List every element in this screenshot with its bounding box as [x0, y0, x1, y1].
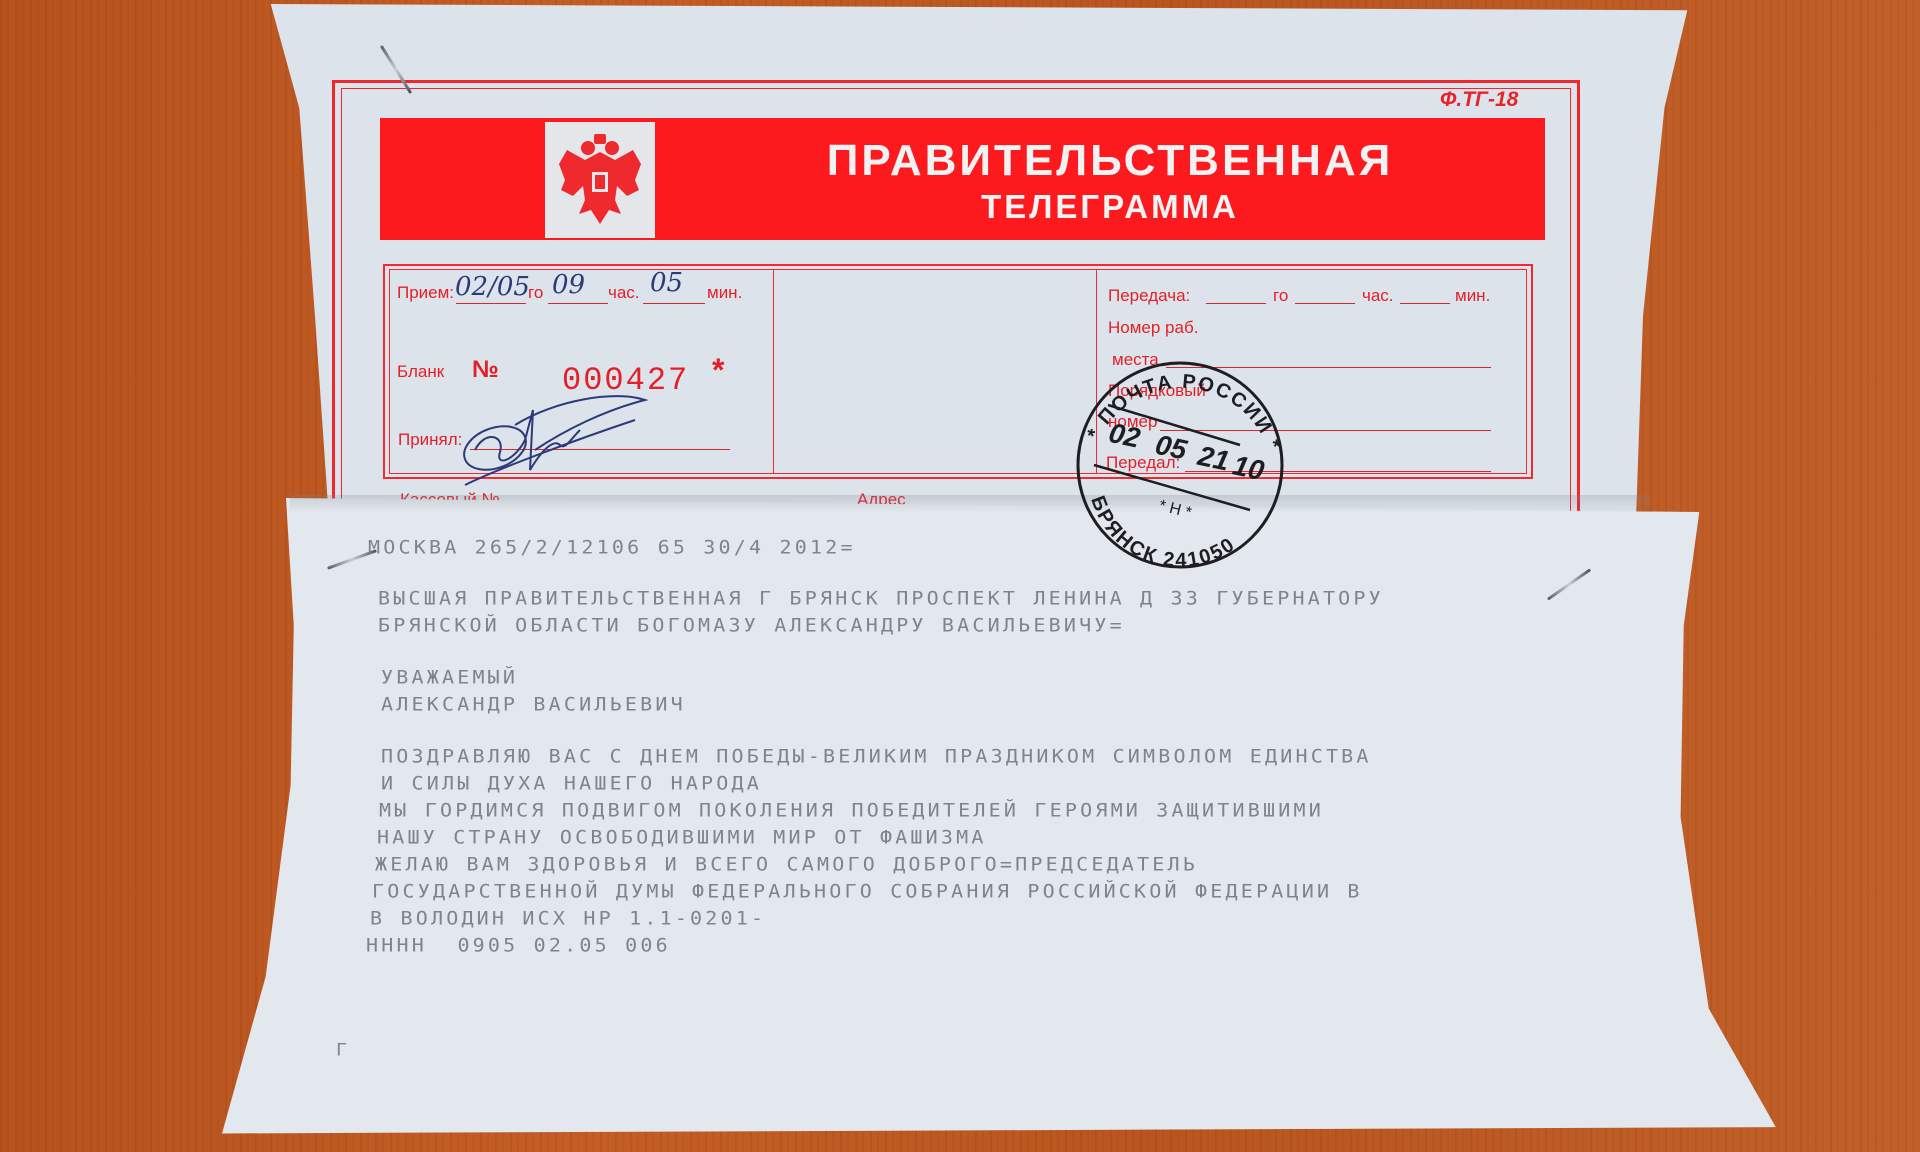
salutation-line: АЛЕКСАНДР ВАСИЛЬЕВИЧ [381, 693, 686, 716]
russian-coat-of-arms-icon [555, 130, 645, 230]
body-line: В ВОЛОДИН ИСХ НР 1.1-0201- [370, 907, 766, 930]
nomer-rab-label: Номер раб. [1108, 318, 1198, 338]
peredacha-label: Передача: [1108, 286, 1190, 306]
telegram-header: МОСКВА 265/2/12106 65 30/4 2012= [368, 536, 856, 559]
body-line: ЖЕЛАЮ ВАМ ЗДОРОВЬЯ И ВСЕГО САМОГО ДОБРОГ… [375, 853, 1198, 876]
stamp-year: 21 [1194, 440, 1232, 477]
address-line: ВЫСШАЯ ПРАВИТЕЛЬСТВЕННАЯ Г БРЯНСК ПРОСПЕ… [378, 587, 1384, 610]
priem-min-value[interactable]: 05 [650, 268, 683, 298]
title-line-1: ПРАВИТЕЛЬСТВЕННАЯ [700, 136, 1520, 186]
peredacha-chas-label: час. [1362, 286, 1394, 306]
body-line: ПОЗДРАВЛЯЮ ВАС С ДНЕМ ПОБЕДЫ-ВЕЛИКИМ ПРА… [381, 745, 1372, 768]
address-line: БРЯНСКОЙ ОБЛАСТИ БОГОМАЗУ АЛЕКСАНДРУ ВАС… [378, 614, 1125, 637]
emblem-box [545, 122, 655, 238]
priem-day-value[interactable]: 02/05 [455, 272, 530, 302]
telegram-footer: НННН 0905 02.05 006 [366, 934, 671, 957]
body-line: И СИЛЫ ДУХА НАШЕГО НАРОДА [381, 772, 762, 795]
peredacha-day-line[interactable] [1206, 303, 1266, 304]
peredacha-go-label: го [1273, 286, 1288, 306]
peredacha-min-line[interactable] [1400, 303, 1450, 304]
form-code: Ф.ТГ-18 [1440, 88, 1518, 112]
stamp-month: 05 [1153, 429, 1190, 466]
asterisk-mark: * [712, 352, 724, 389]
priem-day-line [456, 303, 526, 304]
body-line: ГОСУДАРСТВЕННОЙ ДУМЫ ФЕДЕРАЛЬНОГО СОБРАН… [372, 880, 1363, 903]
blank-label: Бланк [397, 362, 444, 382]
body-line: НАШУ СТРАНУ ОСВОБОДИВШИМИ МИР ОТ ФАШИЗМА [377, 826, 987, 849]
peredacha-hour-line[interactable] [1295, 303, 1355, 304]
number-sign: № [472, 356, 499, 384]
priem-hour-value[interactable]: 09 [552, 270, 585, 300]
title-line-2: ТЕЛЕГРАММА [700, 188, 1520, 226]
go-label: го [528, 283, 543, 303]
priem-hour-line [548, 303, 608, 304]
min-label: мин. [707, 283, 742, 303]
priem-min-line [643, 303, 705, 304]
postmark-stamp: * ПОЧТА РОССИИ * БРЯНСК 241050 02 05 21 … [1060, 345, 1300, 585]
stamp-center-mark: * Н * [1157, 497, 1193, 521]
stamp-day: 02 [1106, 417, 1143, 454]
chas-label: час. [608, 283, 640, 303]
signature-icon [455, 390, 685, 490]
stamp-extra: 10 [1230, 449, 1267, 486]
salutation-line: УВАЖАЕМЫЙ [381, 666, 518, 689]
peredacha-min-label: мин. [1455, 286, 1490, 306]
priem-label: Прием: [397, 283, 454, 303]
body-line: МЫ ГОРДИМСЯ ПОДВИГОМ ПОКОЛЕНИЯ ПОБЕДИТЕЛ… [379, 799, 1324, 822]
fold-shadow [290, 495, 1650, 513]
column-divider-1 [773, 269, 774, 474]
bottom-mark: Г [336, 1041, 350, 1061]
prinyal-label: Принял: [398, 430, 462, 450]
